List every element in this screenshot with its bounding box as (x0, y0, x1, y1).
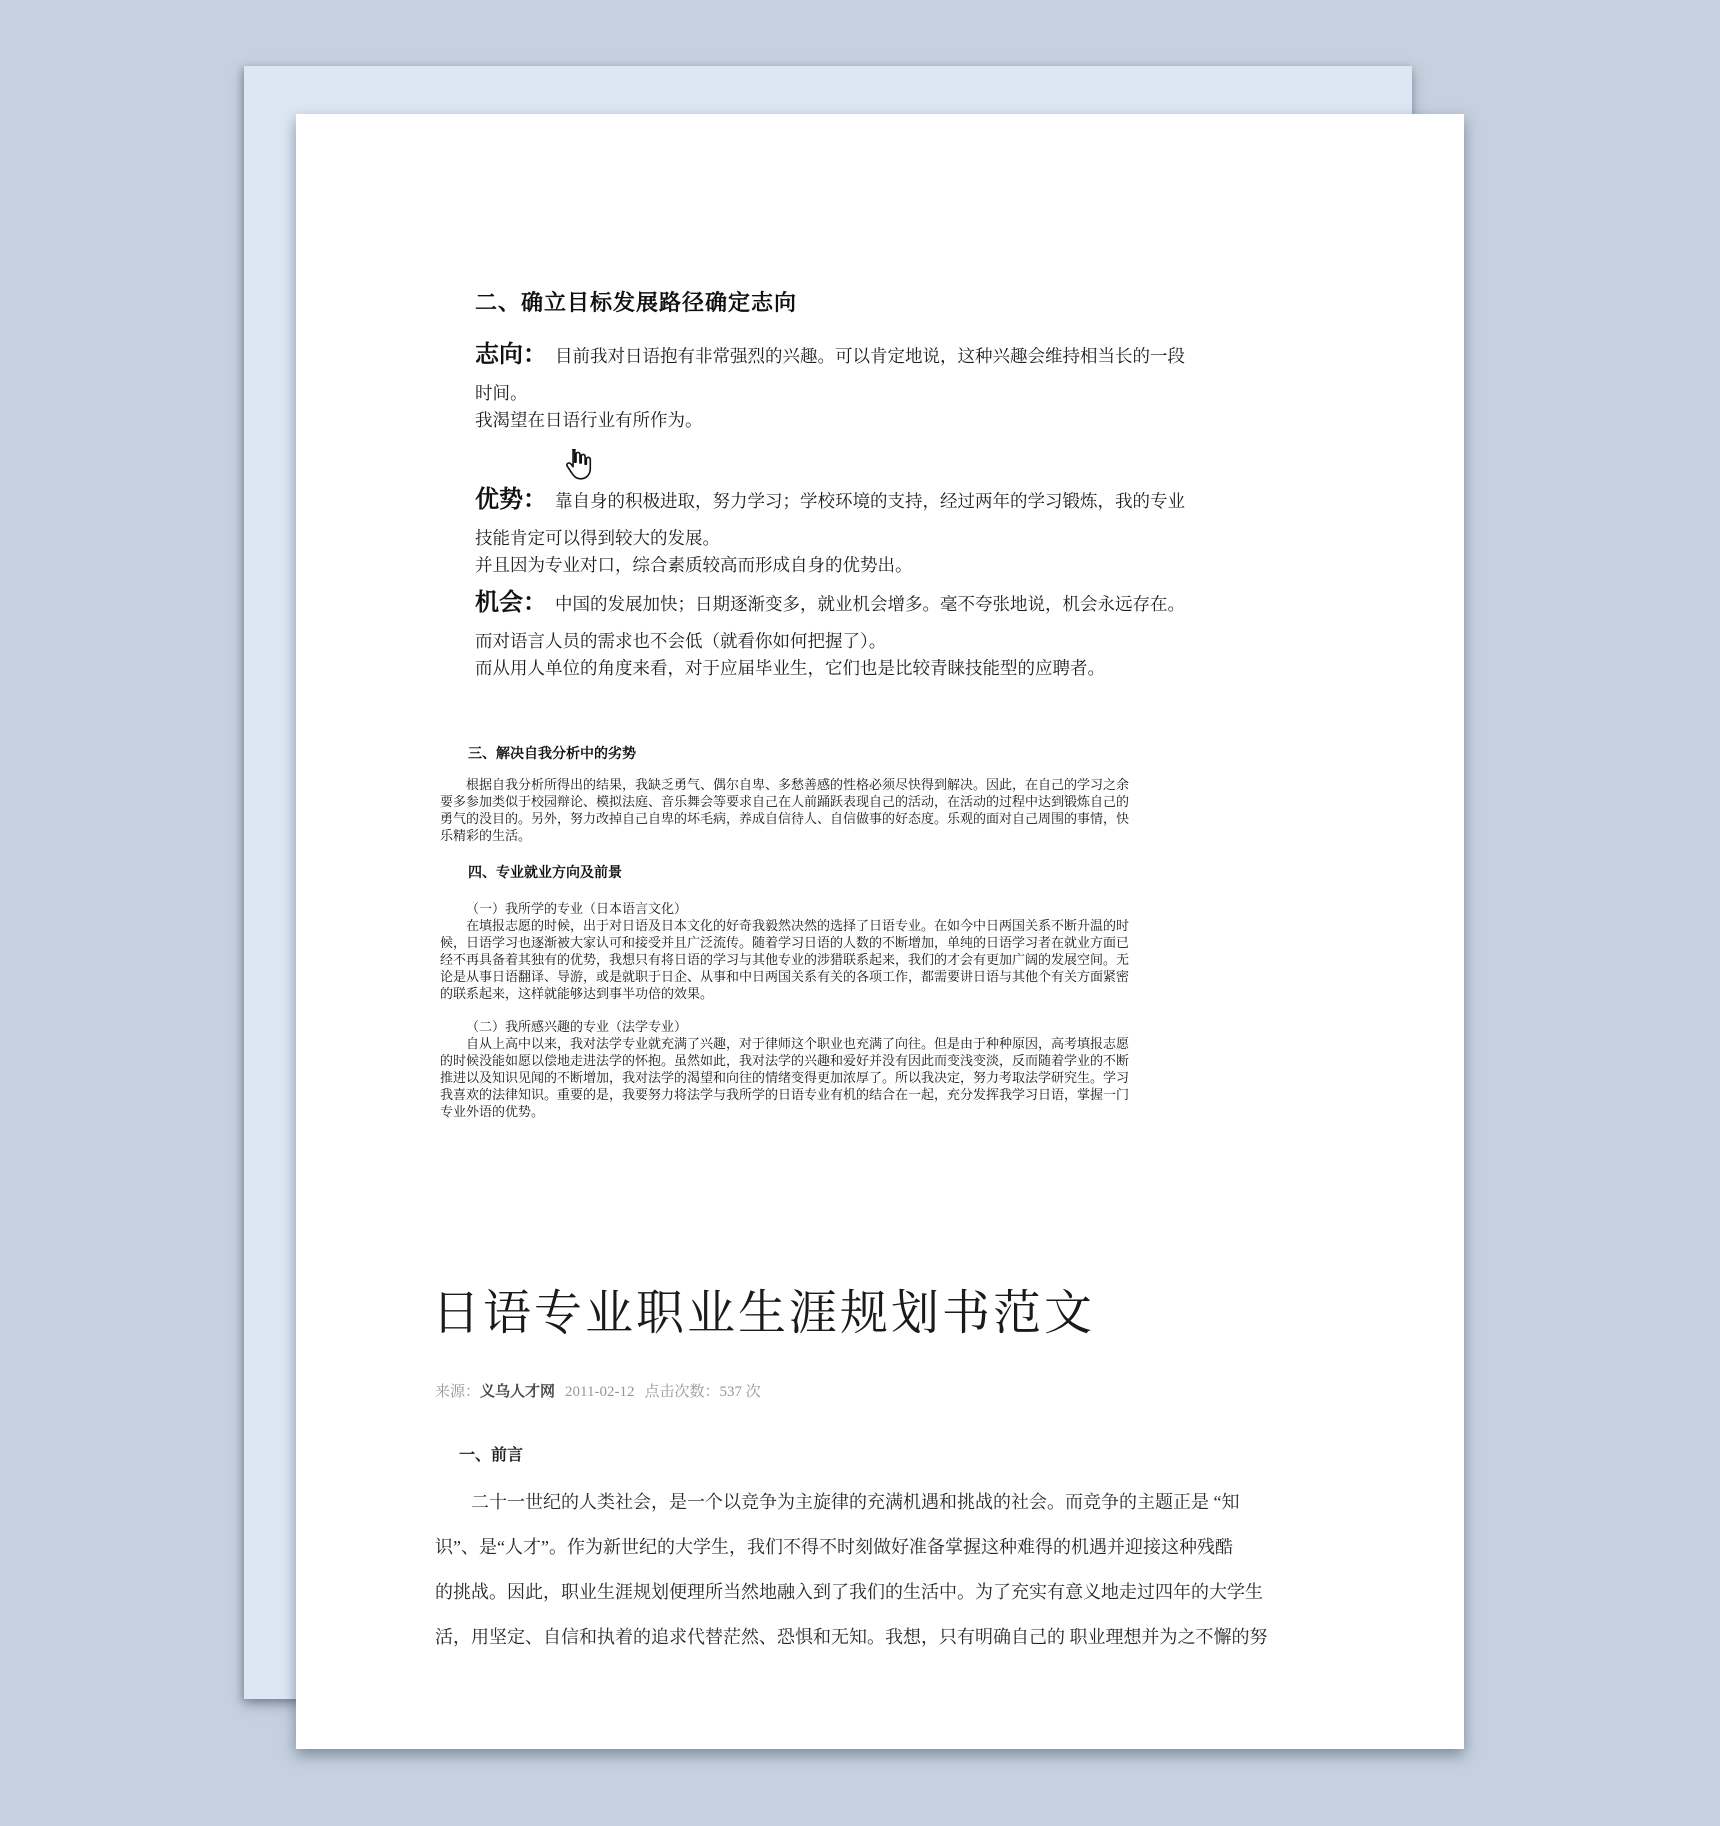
section3-paragraph: 根据自我分析所得出的结果，我缺乏勇气、偶尔自卑、多愁善感的性格必须尽快得到解决。… (440, 776, 1129, 844)
preface-heading: 一、前言 (459, 1442, 523, 1465)
desktop-background: 二、确立目标发展路径确定志向 志向：目前我对日语抱有非常强烈的兴趣。可以肯定地说… (0, 0, 1720, 1826)
section4-subsection2: （二）我所感兴趣的专业（法学专业） 自从上高中以来，我对法学专业就充满了兴趣，对… (440, 1018, 1129, 1120)
subsection1-title: （一）我所学的专业（日本语言文化） (440, 900, 1129, 917)
text-line: 在填报志愿的时候，出于对日语及日本文化的好奇我毅然决然的选择了日语专业。在如今中… (440, 917, 1129, 934)
text-line: 的挑战。因此，职业生涯规划便理所当然地融入到了我们的生活中。为了充实有意义地走过… (435, 1570, 1268, 1615)
subsection2-title: （二）我所感兴趣的专业（法学专业） (440, 1018, 1129, 1035)
text-line: 时间。 (475, 380, 1185, 407)
text-line: 活，用坚定、自信和执着的追求代替茫然、恐惧和无知。我想，只有明确自己的 职业理想… (435, 1615, 1268, 1660)
text-line: 自从上高中以来，我对法学专业就充满了兴趣，对于律师这个职业也充满了向往。但是由于… (440, 1035, 1129, 1052)
text-line: 二十一世纪的人类社会，是一个以竞争为主旋律的充满机遇和挑战的社会。而竞争的主题正… (435, 1480, 1268, 1525)
text-line: 我喜欢的法律知识。重要的是，我要努力将法学与我所学的日语专业有机的结合在一起，充… (440, 1086, 1129, 1103)
advantage-block: 优势：靠自身的积极进取，努力学习；学校环境的支持，经过两年的学习锻炼，我的专业 … (475, 480, 1185, 579)
source-label: 来源： (435, 1384, 480, 1400)
text-line: 而对语言人员的需求也不会低（就看你如何把握了）。 (475, 628, 1185, 655)
text-span: 中国的发展加快；日期逐渐变多，就业机会增多。毫不夸张地说，机会永远存在。 (555, 594, 1185, 614)
aspiration-label: 志向： (475, 341, 547, 368)
text-line: 经不再具备着其独有的优势，我想只有将日语的学习与其他专业的涉猎联系起来，我们的才… (440, 951, 1129, 968)
text-line: 机会：中国的发展加快；日期逐渐变多，就业机会增多。毫不夸张地说，机会永远存在。 (475, 583, 1185, 624)
text-line: 而从用人单位的角度来看，对于应届毕业生，它们也是比较青睐技能型的应聘者。 (475, 655, 1185, 682)
text-line: 根据自我分析所得出的结果，我缺乏勇气、偶尔自卑、多愁善感的性格必须尽快得到解决。… (440, 776, 1129, 793)
section4-heading: 四、专业就业方向及前景 (468, 862, 622, 882)
text-line: 我渴望在日语行业有所作为。 (475, 407, 1185, 434)
text-line: 志向：目前我对日语抱有非常强烈的兴趣。可以肯定地说，这种兴趣会维持相当长的一段 (475, 335, 1185, 376)
aspiration-block: 志向：目前我对日语抱有非常强烈的兴趣。可以肯定地说，这种兴趣会维持相当长的一段 … (475, 335, 1185, 434)
text-line: 乐精彩的生活。 (440, 827, 1129, 844)
section2-heading: 二、确立目标发展路径确定志向 (475, 286, 797, 317)
text-span: 目前我对日语抱有非常强烈的兴趣。可以肯定地说，这种兴趣会维持相当长的一段 (555, 346, 1185, 366)
document-page[interactable]: 二、确立目标发展路径确定志向 志向：目前我对日语抱有非常强烈的兴趣。可以肯定地说… (296, 114, 1464, 1749)
text-span: 靠自身的积极进取，努力学习；学校环境的支持，经过两年的学习锻炼，我的专业 (555, 491, 1185, 511)
text-line: 论是从事日语翻译、导游，或是就职于日企、从事和中日两国关系有关的各项工作，都需要… (440, 968, 1129, 985)
article-title: 日语专业职业生涯规划书范文 (432, 1274, 1095, 1343)
text-line: 并且因为专业对口，综合素质较高而形成自身的优势出。 (475, 552, 1185, 579)
text-line: 的时候没能如愿以偿地走进法学的怀抱。虽然如此，我对法学的兴趣和爱好并没有因此而变… (440, 1052, 1129, 1069)
text-line: 候，日语学习也逐渐被大家认可和接受并且广泛流传。随着学习日语的人数的不断增加，单… (440, 934, 1129, 951)
section3-heading: 三、解决自我分析中的劣势 (468, 743, 636, 763)
hits-count: 537 (719, 1384, 742, 1400)
article-meta: 来源：义乌人才网2011-02-12点击次数：537 次 (435, 1380, 761, 1401)
text-line: 技能肯定可以得到较大的发展。 (475, 525, 1185, 552)
advantage-label: 优势： (475, 486, 547, 513)
hand-cursor-icon (562, 448, 592, 480)
text-line: 推进以及知识见闻的不断增加，我对法学的渴望和向往的情绪变得更加浓厚了。所以我决定… (440, 1069, 1129, 1086)
text-line: 专业外语的优势。 (440, 1103, 1129, 1120)
text-line: 的联系起来，这样就能够达到事半功倍的效果。 (440, 985, 1129, 1002)
opportunity-label: 机会： (475, 589, 547, 616)
section4-subsection1: （一）我所学的专业（日本语言文化） 在填报志愿的时候，出于对日语及日本文化的好奇… (440, 900, 1129, 1002)
hits-label: 点击次数： (644, 1384, 719, 1400)
opportunity-block: 机会：中国的发展加快；日期逐渐变多，就业机会增多。毫不夸张地说，机会永远存在。 … (475, 583, 1185, 682)
article-date: 2011-02-12 (565, 1384, 634, 1400)
text-line: 勇气的没目的。另外，努力改掉自己自卑的坏毛病，养成自信待人、自信做事的好态度。乐… (440, 810, 1129, 827)
text-line: 优势：靠自身的积极进取，努力学习；学校环境的支持，经过两年的学习锻炼，我的专业 (475, 480, 1185, 521)
hits-unit: 次 (746, 1384, 761, 1400)
text-line: 要多参加类似于校园辩论、模拟法庭、音乐舞会等要求自己在人前踊跃表现自己的活动，在… (440, 793, 1129, 810)
text-line: 识”、是“人才”。作为新世纪的大学生，我们不得不时刻做好准备掌握这种难得的机遇并… (435, 1525, 1268, 1570)
preface-paragraph: 二十一世纪的人类社会，是一个以竞争为主旋律的充满机遇和挑战的社会。而竞争的主题正… (435, 1480, 1268, 1660)
source-link[interactable]: 义乌人才网 (480, 1384, 555, 1400)
